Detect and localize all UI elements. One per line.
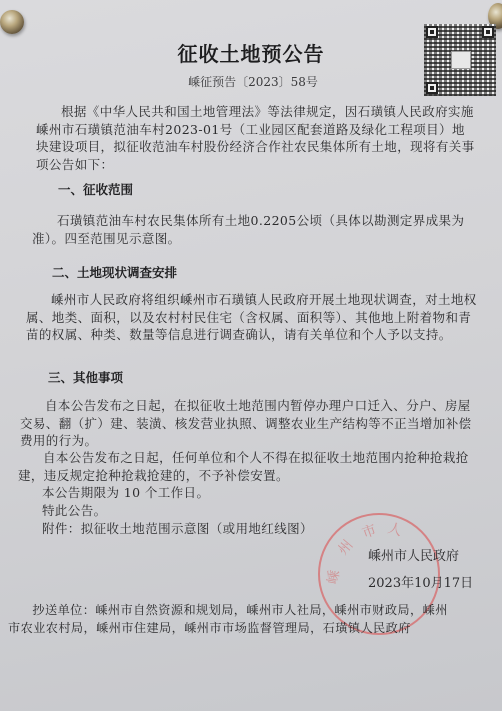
notice-period: 本公告期限为 10 个工作日。 — [42, 484, 209, 502]
qr-finder-icon — [426, 26, 438, 38]
section-heading-survey: 二、土地现状调查安排 — [52, 263, 177, 281]
qr-finder-icon — [482, 26, 494, 38]
notice-title: 征收土地预公告 — [0, 38, 502, 67]
survey-paragraph: 嵊州市人民政府将组织嵊州市石璜镇人民政府开展土地现状调查，对土地权属、地类、面积… — [26, 291, 478, 344]
other-paragraph-2: 自本公告发布之日起，任何单位和个人不得在拟征收土地范围内抢种抢栽抢建，违反规定抢… — [18, 449, 474, 484]
issuing-authority: 嵊州市人民政府 — [368, 545, 459, 564]
scope-paragraph: 石璜镇范油车村农民集体所有土地0.2205公顷（具体以勘测定界成果为准）。四至范… — [32, 212, 478, 247]
other-paragraph-1: 自本公告发布之日起，在拟征收土地范围内暂停办理户口迁入、分户、房屋交易、翻（扩）… — [20, 397, 474, 450]
attachment-line: 附件：拟征收土地范围示意图（或用地红线图） — [42, 520, 313, 538]
document-number: 嵊征预告〔2023〕58号 — [0, 73, 502, 90]
issue-date: 2023年10月17日 — [368, 572, 473, 591]
intro-paragraph: 根据《中华人民共和国土地管理法》等法律规定，因石璜镇人民政府实施嵊州市石璜镇范油… — [36, 103, 476, 173]
section-heading-other: 三、其他事项 — [48, 368, 123, 386]
section-heading-scope: 一、征收范围 — [58, 180, 133, 198]
cc-list: 抄送单位：嵊州市自然资源和规划局，嵊州市人社局，嵊州市财政局，嵊州市农业农村局，… — [8, 602, 456, 637]
closing-phrase: 特此公告。 — [42, 502, 107, 520]
pushpin-left-icon — [0, 10, 24, 34]
